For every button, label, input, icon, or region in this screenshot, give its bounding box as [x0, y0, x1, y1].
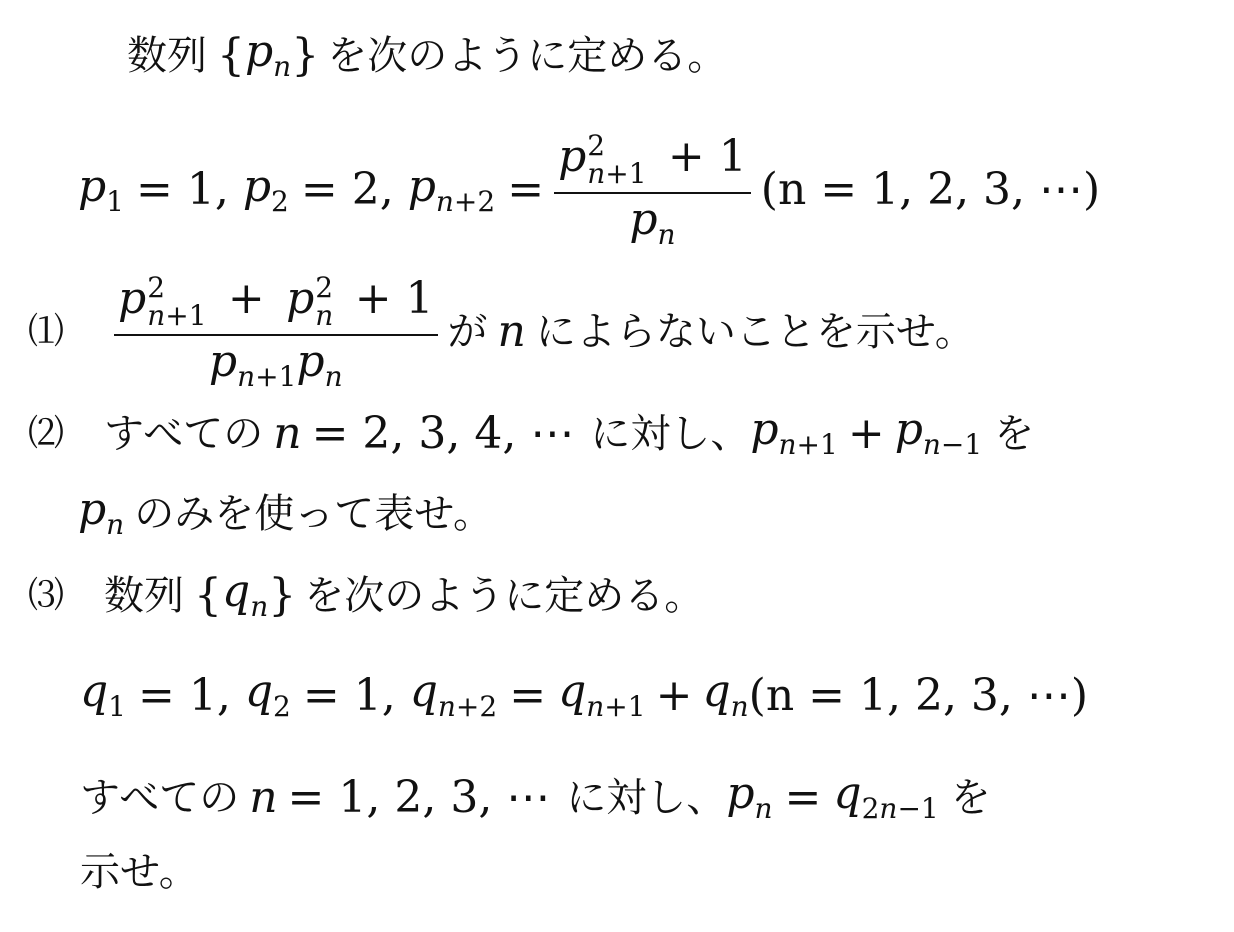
equals: = — [507, 168, 544, 212]
q2-part1: すべての — [104, 414, 263, 454]
denominator: pn+1pn — [209, 336, 343, 391]
recurrence-fraction: p2n+1 + 1 pn — [554, 132, 751, 249]
q3-prefix: 数列 — [104, 576, 184, 616]
q2-value: = 1, — [303, 674, 396, 718]
definition-p: p1 = 1, p2 = 2, pn+2 = p2n+1 + 1 pn (n =… — [78, 130, 1100, 250]
p2-value: = 2, — [301, 168, 394, 212]
q2-line2-tail: のみを使って表せ。 — [134, 494, 493, 534]
p1: p1 — [78, 165, 124, 216]
question-3: ⑶ 数列 {qn} を次のように定める。 — [28, 570, 704, 621]
q1-n: n — [498, 310, 526, 354]
claim-eq: = — [785, 776, 822, 820]
q2-part3: を — [994, 414, 1034, 454]
question-1: ⑴ p2n+1 + p2n + 1 pn+1pn が n によらないことを示せ。 — [28, 272, 975, 392]
claim-range: = 1, 2, 3, ⋯ — [288, 776, 551, 820]
p1-value: = 1, — [136, 168, 229, 212]
q1-fraction: p2n+1 + p2n + 1 pn+1pn — [114, 274, 438, 391]
pn2: pn+2 — [408, 165, 496, 216]
plus: + — [656, 674, 693, 718]
equals: = — [509, 674, 546, 718]
question-2-line2: pn のみを使って表せ。 — [78, 488, 493, 539]
numerator-tail: + 1 — [668, 131, 747, 182]
range: (n = 1, 2, 3, ⋯) — [749, 674, 1088, 718]
numerator: p2n+1 + p2n + 1 — [114, 274, 438, 334]
question-label: ⑶ — [28, 578, 64, 614]
q3-claim: すべての n = 1, 2, 3, ⋯ に対し、 pn = q2n−1 を — [80, 772, 991, 823]
open-brace: { — [217, 34, 245, 78]
p2: p2 — [243, 165, 289, 216]
range: (n = 1, 2, 3, ⋯) — [761, 168, 1100, 212]
close-brace: } — [291, 34, 319, 78]
claim-part1: すべての — [80, 778, 239, 818]
q1-value: = 1, — [138, 674, 231, 718]
q3-suffix: を次のように定める。 — [304, 576, 704, 616]
q3-claim-line2: 示せ。 — [80, 852, 199, 892]
question-2: ⑵ すべての n = 2, 3, 4, ⋯ に対し、 pn+1 + pn−1 を — [28, 408, 1034, 459]
question-label: ⑵ — [28, 416, 64, 452]
seq-p: pn — [245, 30, 291, 81]
q1-ga: が — [448, 312, 488, 352]
intro-line: 数列 {pn} を次のように定める。 — [127, 30, 727, 81]
claim-part3: を — [951, 778, 991, 818]
q2-range: = 2, 3, 4, ⋯ — [312, 412, 575, 456]
claim-line2: 示せ。 — [80, 852, 199, 892]
denominator: pn — [629, 194, 675, 249]
question-label: ⑴ — [28, 314, 64, 350]
claim-part2: に対し、 — [566, 778, 726, 818]
numerator: p2n+1 + 1 — [554, 132, 751, 192]
definition-q: q1 = 1, q2 = 1, qn+2 = qn+1 + qn (n = 1,… — [80, 670, 1088, 721]
intro-suffix: を次のように定める。 — [327, 36, 727, 76]
q2-part2: に対し、 — [590, 414, 750, 454]
q1-tail: によらないことを示せ。 — [536, 312, 975, 352]
intro-prefix: 数列 — [127, 36, 207, 76]
